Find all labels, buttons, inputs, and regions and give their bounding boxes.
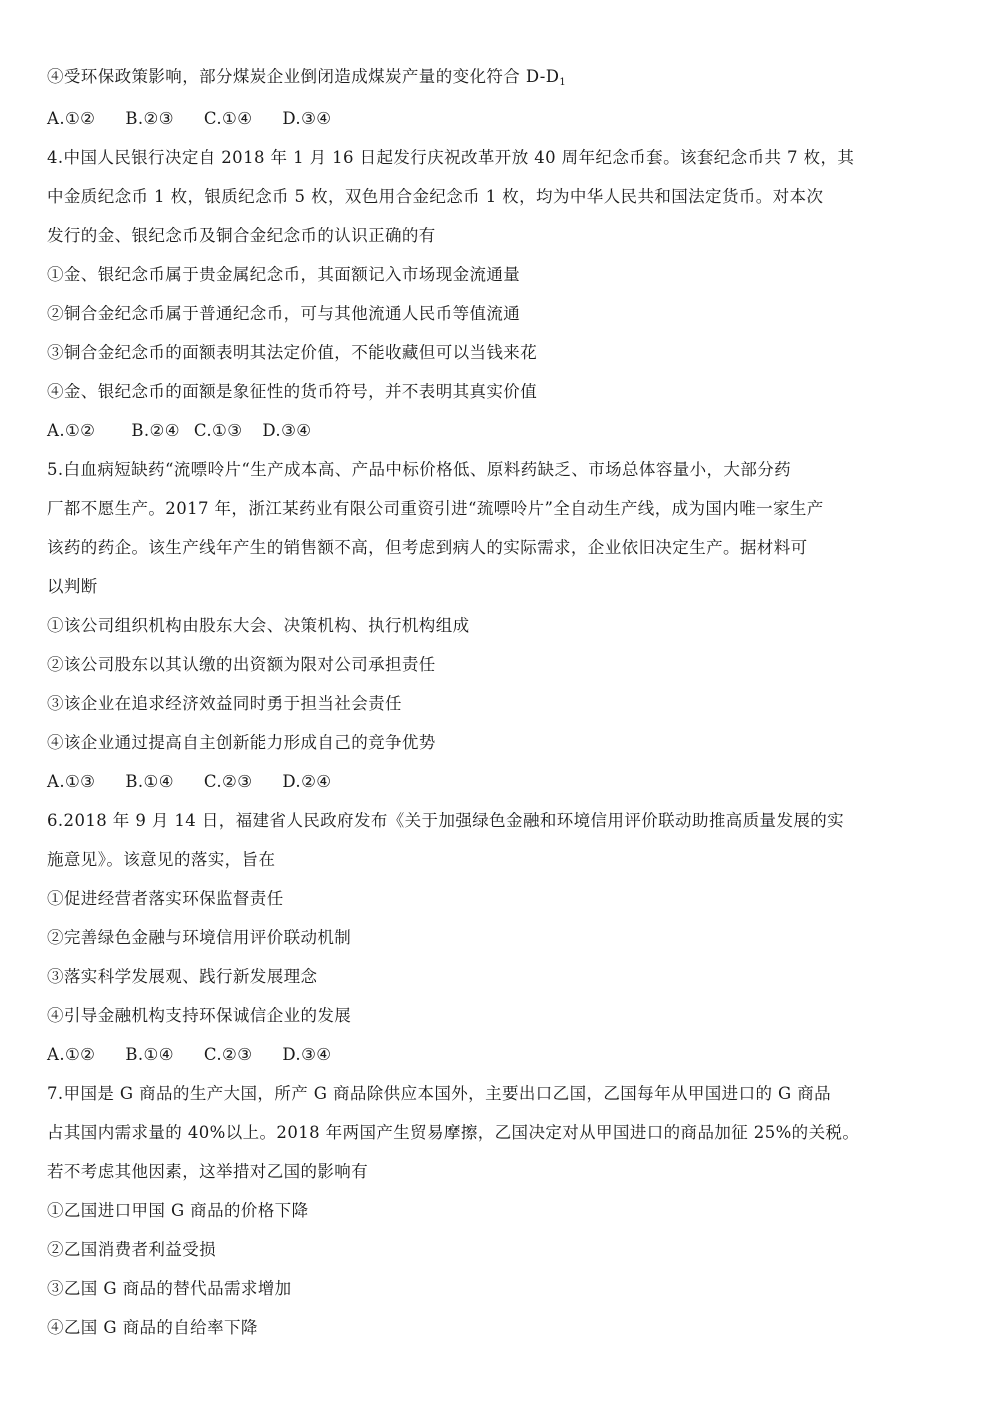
q5-stem-line-4: 以判断 — [47, 576, 98, 598]
q5-statement-4: ④该企业通过提高自主创新能力形成自己的竞争优势 — [47, 732, 436, 754]
q7-stem-line-1: 7.甲国是 G 商品的生产大国，所产 G 商品除供应本国外，主要出口乙国，乙国每… — [47, 1083, 831, 1105]
option-c: C.①④ — [204, 108, 252, 130]
q4-statement-4: ④金、银纪念币的面额是象征性的货币符号，并不表明其真实价值 — [47, 381, 537, 403]
option-c: C.②③ — [204, 1044, 252, 1066]
option-d: D.②④ — [282, 771, 331, 793]
q5-options: A.①③B.①④C.②③D.②④ — [47, 771, 331, 793]
q6-statement-4: ④引导金融机构支持环保诚信企业的发展 — [47, 1005, 351, 1027]
q7-statement-1: ①乙国进口甲国 G 商品的价格下降 — [47, 1200, 308, 1222]
q7-statement-4: ④乙国 G 商品的自给率下降 — [47, 1317, 258, 1339]
q4-stem-line-3: 发行的金、银纪念币及铜合金纪念币的认识正确的有 — [47, 225, 436, 247]
option-c: C.①③ — [194, 420, 242, 442]
statement-text: ④受环保政策影响，部分煤炭企业倒闭造成煤炭产量的变化符合 D-D — [47, 67, 559, 86]
q4-statement-1: ①金、银纪念币属于贵金属纪念币，其面额记入市场现金流通量 — [47, 264, 520, 286]
option-a: A.①② — [47, 108, 95, 130]
option-d: D.③④ — [282, 1044, 331, 1066]
q3-options: A.①②B.②③C.①④D.③④ — [47, 108, 331, 130]
q5-stem-line-3: 该药的药企。该生产线年产生的销售额不高，但考虑到病人的实际需求，企业依旧决定生产… — [47, 537, 808, 559]
option-c: C.②③ — [204, 771, 252, 793]
option-a: A.①② — [47, 1044, 95, 1066]
subscript: 1 — [559, 77, 566, 88]
q7-statement-2: ②乙国消费者利益受损 — [47, 1239, 216, 1261]
q7-stem-line-3: 若不考虑其他因素，这举措对乙国的影响有 — [47, 1161, 368, 1183]
option-a: A.①③ — [47, 771, 95, 793]
option-b: B.②③ — [125, 108, 174, 130]
option-d: D.③④ — [262, 420, 311, 442]
q6-statement-3: ③落实科学发展观、践行新发展理念 — [47, 966, 317, 988]
q6-stem-line-2: 施意见》。该意见的落实，旨在 — [47, 849, 275, 871]
q6-stem-line-1: 6.2018 年 9 月 14 日，福建省人民政府发布《关于加强绿色金融和环境信… — [47, 810, 844, 832]
q5-statement-3: ③该企业在追求经济效益同时勇于担当社会责任 — [47, 693, 402, 715]
q3-statement-4: ④受环保政策影响，部分煤炭企业倒闭造成煤炭产量的变化符合 D-D1 — [47, 66, 566, 94]
q4-options: A.①②B.②④C.①③D.③④ — [47, 420, 311, 442]
q5-statement-1: ①该公司组织机构由股东大会、决策机构、执行机构组成 — [47, 615, 470, 637]
q6-statement-2: ②完善绿色金融与环境信用评价联动机制 — [47, 927, 351, 949]
q5-statement-2: ②该公司股东以其认缴的出资额为限对公司承担责任 — [47, 654, 436, 676]
q6-options: A.①②B.①④C.②③D.③④ — [47, 1044, 331, 1066]
q6-statement-1: ①促进经营者落实环保监督责任 — [47, 888, 284, 910]
option-d: D.③④ — [282, 108, 331, 130]
q4-statement-3: ③铜合金纪念币的面额表明其法定价值，不能收藏但可以当钱来花 — [47, 342, 537, 364]
q5-stem-line-1: 5.白血病短缺药“流嘌呤片“生产成本高、产品中标价格低、原料药缺乏、市场总体容量… — [47, 459, 791, 481]
option-b: B.①④ — [125, 771, 174, 793]
option-a: A.①② — [47, 420, 95, 442]
q4-statement-2: ②铜合金纪念币属于普通纪念币，可与其他流通人民币等值流通 — [47, 303, 520, 325]
option-b: B.①④ — [125, 1044, 174, 1066]
q7-stem-line-2: 占其国内需求量的 40%以上。2018 年两国产生贸易摩擦，乙国决定对从甲国进口… — [47, 1122, 859, 1144]
q5-stem-line-2: 厂都不愿生产。2017 年，浙江某药业有限公司重资引进“巯嘌呤片”全自动生产线，… — [47, 498, 824, 520]
q4-stem-line-1: 4.中国人民银行决定自 2018 年 1 月 16 日起发行庆祝改革开放 40 … — [47, 147, 854, 169]
q4-stem-line-2: 中金质纪念币 1 枚，银质纪念币 5 枚，双色用合金纪念币 1 枚，均为中华人民… — [47, 186, 823, 208]
option-b: B.②④ — [131, 420, 180, 442]
q7-statement-3: ③乙国 G 商品的替代品需求增加 — [47, 1278, 292, 1300]
